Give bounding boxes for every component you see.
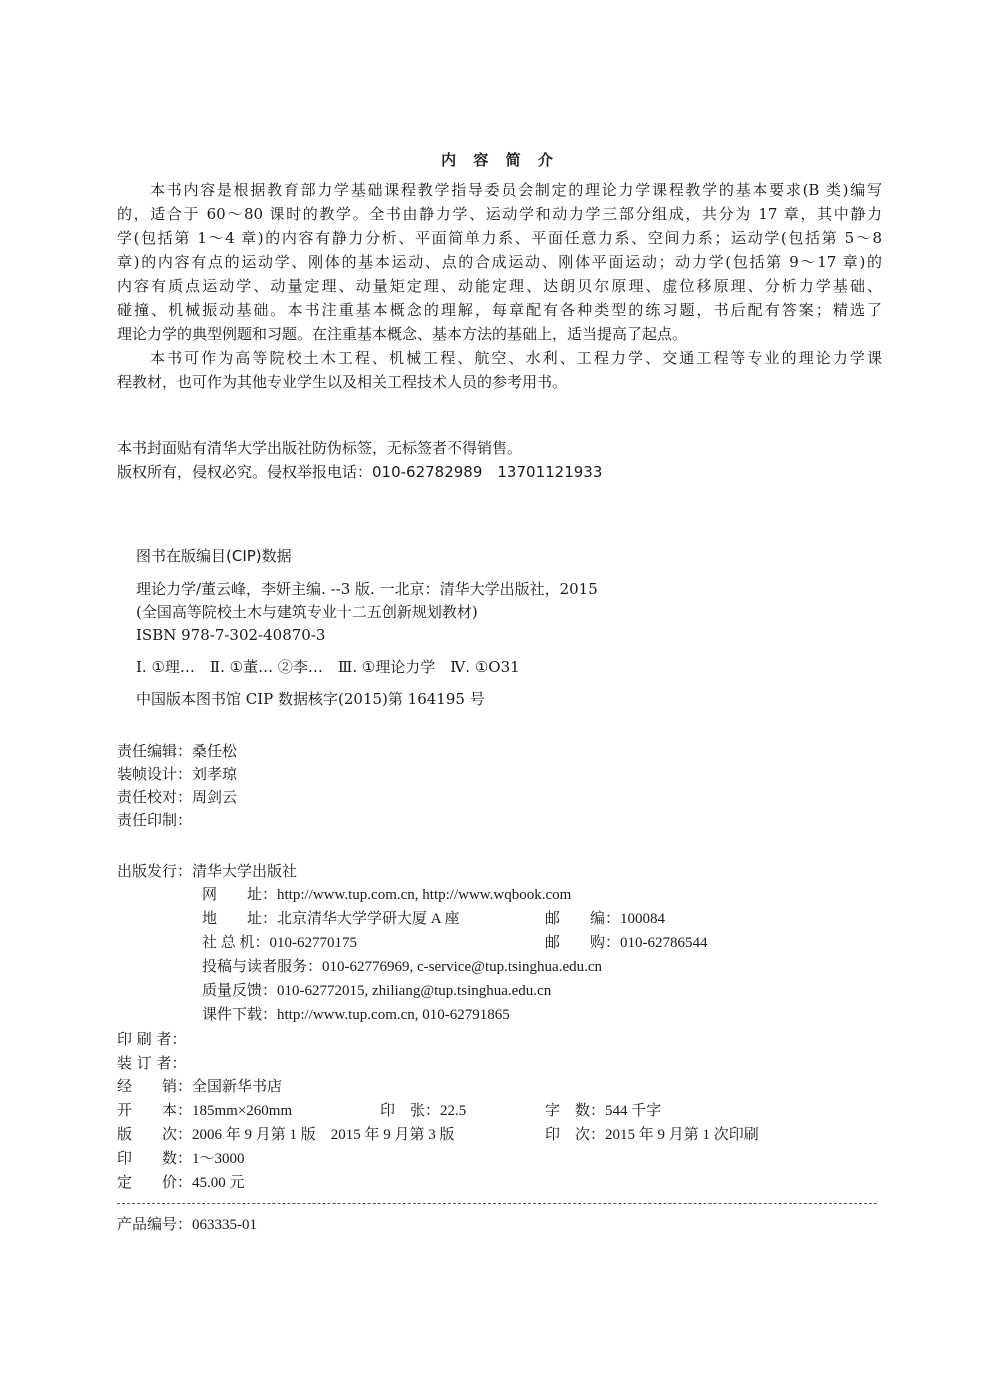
publisher-address-row: 地 址：北京清华大学学研大厦 A 座 — [202, 908, 460, 930]
section-title: 内 容 简 介 — [0, 149, 1000, 170]
staff-value: 桑任松 — [192, 742, 237, 760]
intro-line: 理论力学的典型例题和习题。在注重基本概念、基本方法的基础上，适当提高了起点。 — [117, 322, 882, 346]
postcode-value: 100084 — [620, 911, 665, 927]
impression-value: 2015 年 9 月第 1 次印刷 — [605, 1127, 759, 1143]
reader-service-value: 010-62776969, c-service@tup.tsinghua.edu… — [322, 959, 602, 975]
print-run-value: 1～3000 — [192, 1151, 245, 1167]
mailorder-label: 邮 购： — [545, 935, 620, 951]
staff-printing-supervisor: 责任印制： — [117, 809, 192, 831]
sheets-value: 22.5 — [440, 1103, 466, 1119]
edition-label: 版 次： — [117, 1127, 192, 1143]
website-label: 网 址： — [202, 887, 277, 903]
staff-label: 责任编辑： — [117, 742, 192, 760]
price-label: 定 价： — [117, 1175, 192, 1191]
reader-service-row: 投稿与读者服务：010-62776969, c-service@tup.tsin… — [202, 956, 602, 978]
format-value: 185mm×260mm — [192, 1103, 292, 1119]
quality-feedback-row: 质量反馈：010-62772015, zhiliang@tup.tsinghua… — [202, 980, 551, 1002]
staff-value: 周剑云 — [192, 788, 237, 806]
website-value: http://www.tup.com.cn, http://www.wqbook… — [277, 887, 571, 903]
dashed-divider — [117, 1203, 877, 1204]
product-code-label: 产品编号： — [117, 1217, 192, 1233]
intro-line: 程教材，也可作为其他专业学生以及相关工程技术人员的参考用书。 — [117, 370, 882, 394]
print-run-row: 印 数：1～3000 — [117, 1148, 245, 1170]
courseware-value: http://www.tup.com.cn, 010-62791865 — [277, 1007, 510, 1023]
publisher-postcode-row: 邮 编：100084 — [545, 908, 665, 930]
distributor-value: 全国新华书店 — [192, 1079, 282, 1095]
printer-label: 印 刷 者： — [117, 1030, 187, 1048]
staff-label: 责任校对： — [117, 788, 192, 806]
staff-editor: 责任编辑：桑任松 — [117, 740, 237, 762]
intro-line: 学(包括第 1～4 章)的内容有静力分析、平面简单力系、平面任意力系、空间力系；… — [117, 226, 882, 250]
distributor-label: 经 销： — [117, 1079, 192, 1095]
publisher-website-row: 网 址：http://www.tup.com.cn, http://www.wq… — [202, 884, 571, 906]
print-run-label: 印 数： — [117, 1151, 192, 1167]
edition-row: 版 次：2006 年 9 月第 1 版 2015 年 9 月第 3 版 — [117, 1124, 455, 1146]
publisher-label: 出版发行： — [117, 862, 192, 880]
staff-label: 装帧设计： — [117, 765, 192, 783]
cip-classification: Ⅰ. ①理… Ⅱ. ①董… ②李… Ⅲ. ①理论力学 Ⅳ. ①O31 — [136, 656, 520, 678]
binder-label: 装 订 者： — [117, 1054, 187, 1072]
sheets-row: 印 张：22.5 — [380, 1100, 466, 1122]
anti-counterfeit-notice: 本书封面贴有清华大学出版社防伪标签，无标签者不得销售。 — [117, 437, 522, 459]
reader-service-label: 投稿与读者服务： — [202, 959, 322, 975]
intro-line: 本书内容是根据教育部力学基础课程教学指导委员会制定的理论力学课程教学的基本要求(… — [150, 178, 882, 202]
sheets-label: 印 张： — [380, 1103, 440, 1119]
postcode-label: 邮 编： — [545, 911, 620, 927]
intro-line: 的，适合于 60～80 课时的教学。全书由静力学、运动学和动力学三部分组成，共分… — [117, 202, 882, 226]
publisher-switchboard-row: 社 总 机：010-62770175 — [202, 932, 357, 954]
address-label: 地 址： — [202, 911, 277, 927]
cip-heading: 图书在版编目(CIP)数据 — [136, 545, 292, 567]
binder-row: 装 订 者： — [117, 1052, 187, 1074]
price-value: 45.00 元 — [192, 1175, 245, 1191]
cip-isbn: ISBN 978-7-302-40870-3 — [136, 624, 325, 646]
quality-label: 质量反馈： — [202, 983, 277, 999]
intro-line: 章)的内容有点的运动学、刚体的基本运动、点的合成运动、刚体平面运动；动力学(包括… — [117, 250, 882, 274]
mailorder-value: 010-62786544 — [620, 935, 708, 951]
price-row: 定 价：45.00 元 — [117, 1172, 245, 1194]
product-code-value: 063335-01 — [192, 1217, 257, 1233]
distributor-row: 经 销：全国新华书店 — [117, 1076, 282, 1098]
edition-value: 2006 年 9 月第 1 版 2015 年 9 月第 3 版 — [192, 1127, 455, 1143]
impression-row: 印 次：2015 年 9 月第 1 次印刷 — [545, 1124, 759, 1146]
switchboard-label: 社 总 机： — [202, 935, 270, 951]
printer-row: 印 刷 者： — [117, 1028, 187, 1050]
product-code-row: 产品编号：063335-01 — [117, 1214, 257, 1236]
courseware-label: 课件下载： — [202, 1007, 277, 1023]
address-value: 北京清华大学学研大厦 A 座 — [277, 911, 460, 927]
publisher-mailorder-row: 邮 购：010-62786544 — [545, 932, 708, 954]
intro-line: 本书可作为高等院校土木工程、机械工程、航空、水利、工程力学、交通工程等专业的理论… — [150, 346, 882, 370]
words-value: 544 千字 — [605, 1103, 661, 1119]
courseware-row: 课件下载：http://www.tup.com.cn, 010-62791865 — [202, 1004, 510, 1026]
staff-label: 责任印制： — [117, 811, 192, 829]
cip-series: (全国高等院校土木与建筑专业十二五创新规划教材) — [136, 601, 478, 623]
cip-record: 中国版本图书馆 CIP 数据核字(2015)第 164195 号 — [136, 688, 485, 710]
format-label: 开 本： — [117, 1103, 192, 1119]
intro-line: 碰撞、机械振动基础。本书注重基本概念的理解，每章配有各种类型的练习题，书后配有答… — [117, 298, 882, 322]
copyright-notice: 版权所有，侵权必究。侵权举报电话：010-62782989 1370112193… — [117, 461, 602, 483]
publisher-row: 出版发行：清华大学出版社 — [117, 860, 297, 882]
words-row: 字 数：544 千字 — [545, 1100, 661, 1122]
switchboard-value: 010-62770175 — [270, 935, 358, 951]
cip-line: 理论力学/董云峰，李妍主编. --3 版. 一北京：清华大学出版社，2015 — [136, 578, 598, 600]
staff-value: 刘孝琼 — [192, 765, 237, 783]
intro-line: 内容有质点运动学、动量定理、动量矩定理、动能定理、达朗贝尔原理、虚位移原理、分析… — [117, 274, 882, 298]
publisher-name: 清华大学出版社 — [192, 862, 297, 880]
words-label: 字 数： — [545, 1103, 605, 1119]
impression-label: 印 次： — [545, 1127, 605, 1143]
quality-value: 010-62772015, zhiliang@tup.tsinghua.edu.… — [277, 983, 551, 999]
staff-designer: 装帧设计：刘孝琼 — [117, 763, 237, 785]
format-row: 开 本：185mm×260mm — [117, 1100, 292, 1122]
staff-proofreader: 责任校对：周剑云 — [117, 786, 237, 808]
